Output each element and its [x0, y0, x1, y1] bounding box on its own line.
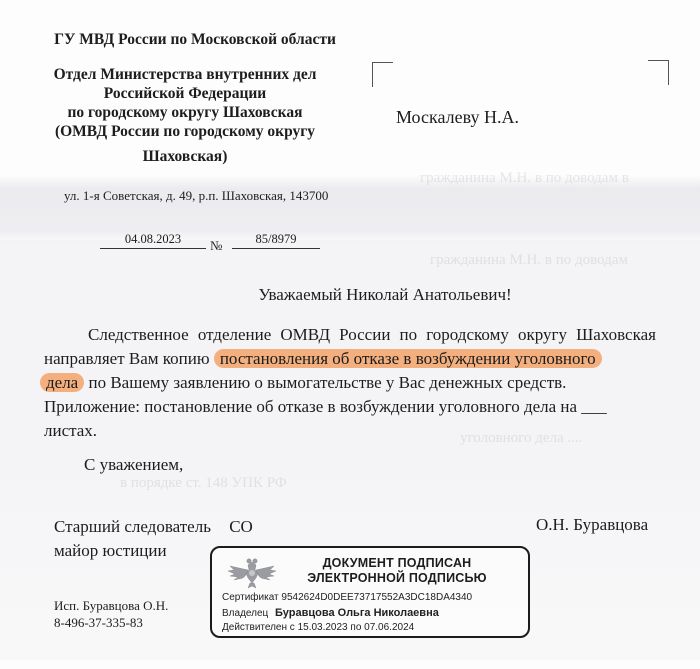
stamp-validity: Действителен с 15.03.2023 по 07.06.2024: [222, 622, 414, 633]
body-line-3: дела по Вашему заявлению о вымогательств…: [44, 371, 664, 395]
certificate-value: 9542624D0DEE73717552A3DC18DA4340: [281, 592, 472, 603]
department-line: (ОМВД России по городскому округу: [0, 122, 370, 141]
mvd-eagle-emblem-icon: [226, 556, 278, 590]
executor-name: Исп. Буравцова О.Н.: [54, 597, 168, 614]
body-word: округу: [518, 323, 567, 347]
bleed-through-text: гражданина М.Н. в по доводам: [430, 252, 628, 269]
body-word: ОМВД: [280, 323, 330, 347]
recipient-name: Москалеву Н.А.: [396, 107, 519, 128]
department-line: Российской Федерации: [0, 84, 370, 103]
body-word: по: [400, 323, 418, 347]
body-word: Следственное: [88, 323, 189, 347]
owner-label: Владелец: [222, 608, 268, 619]
body-word: отделение: [198, 323, 271, 347]
attachment-tail: листах.: [44, 419, 664, 443]
department-line: по городскому округу Шаховская: [0, 103, 370, 122]
body-text: по Вашему заявлению о вымогательстве у В…: [88, 373, 566, 392]
signer-position-line: Старший следователь: [54, 517, 211, 536]
body-word: городскому: [426, 323, 509, 347]
e-signature-stamp: ДОКУМЕНТ ПОДПИСАН ЭЛЕКТРОННОЙ ПОДПИСЬЮ С…: [210, 546, 530, 638]
department-block: Отдел Министерства внутренних дел Россий…: [0, 65, 370, 141]
letter-body: СледственноеотделениеОМВДРоссиипогородск…: [44, 323, 664, 443]
owner-value: Буравцова Ольга Николаевна: [275, 607, 439, 619]
highlighted-text: постановления об отказе в возбуждении уг…: [214, 349, 602, 368]
body-word: Шаховская: [576, 323, 656, 347]
signer-unit: СО: [229, 517, 253, 536]
department-address: ул. 1-я Советская, д. 49, р.п. Шаховская…: [64, 188, 328, 204]
body-line-1: СледственноеотделениеОМВДРоссиипогородск…: [44, 323, 664, 347]
signer-name: О.Н. Буравцова: [536, 515, 648, 535]
executor-block: Исп. Буравцова О.Н. 8-496-37-335-83: [54, 597, 168, 631]
body-word: России: [339, 323, 390, 347]
certificate-label: Сертификат: [222, 592, 279, 603]
highlighted-text: дела: [40, 373, 84, 392]
stamp-title-line: ДОКУМЕНТ ПОДПИСАН: [282, 556, 512, 571]
bleed-through-text: гражданина М.Н. в по доводам в: [420, 170, 629, 187]
address-corner-right: [648, 60, 669, 85]
body-line-2: направляет Вам копию постановления об от…: [44, 347, 664, 371]
body-text: направляет Вам копию: [44, 349, 210, 368]
attachment-line: Приложение: постановление об отказе в во…: [44, 395, 664, 419]
stamp-certificate: Сертификат 9542624D0DEE73717552A3DC18DA4…: [222, 592, 472, 603]
executor-phone: 8-496-37-335-83: [54, 614, 168, 631]
department-last-line: Шаховская): [0, 147, 370, 166]
document-page: гражданина М.Н. в по доводам в гражданин…: [0, 0, 700, 669]
registration-date: 04.08.2023: [100, 232, 206, 249]
stamp-title-line: ЭЛЕКТРОННОЙ ПОДПИСЬЮ: [282, 571, 512, 586]
greeting: Уважаемый Николай Анатольевич!: [0, 285, 700, 305]
stamp-title: ДОКУМЕНТ ПОДПИСАН ЭЛЕКТРОННОЙ ПОДПИСЬЮ: [282, 556, 512, 586]
address-corner-left: [372, 62, 393, 87]
closing: С уважением,: [84, 455, 183, 475]
department-line: Отдел Министерства внутренних дел: [0, 65, 370, 84]
bleed-through-text: в порядке ст. 148 УПК РФ: [120, 475, 287, 492]
registration-number: 85/8979: [232, 232, 320, 249]
stamp-owner: Владелец Буравцова Ольга Николаевна: [222, 607, 439, 619]
agency-title: ГУ МВД России по Московской области: [10, 30, 380, 49]
number-sign: №: [210, 238, 222, 254]
